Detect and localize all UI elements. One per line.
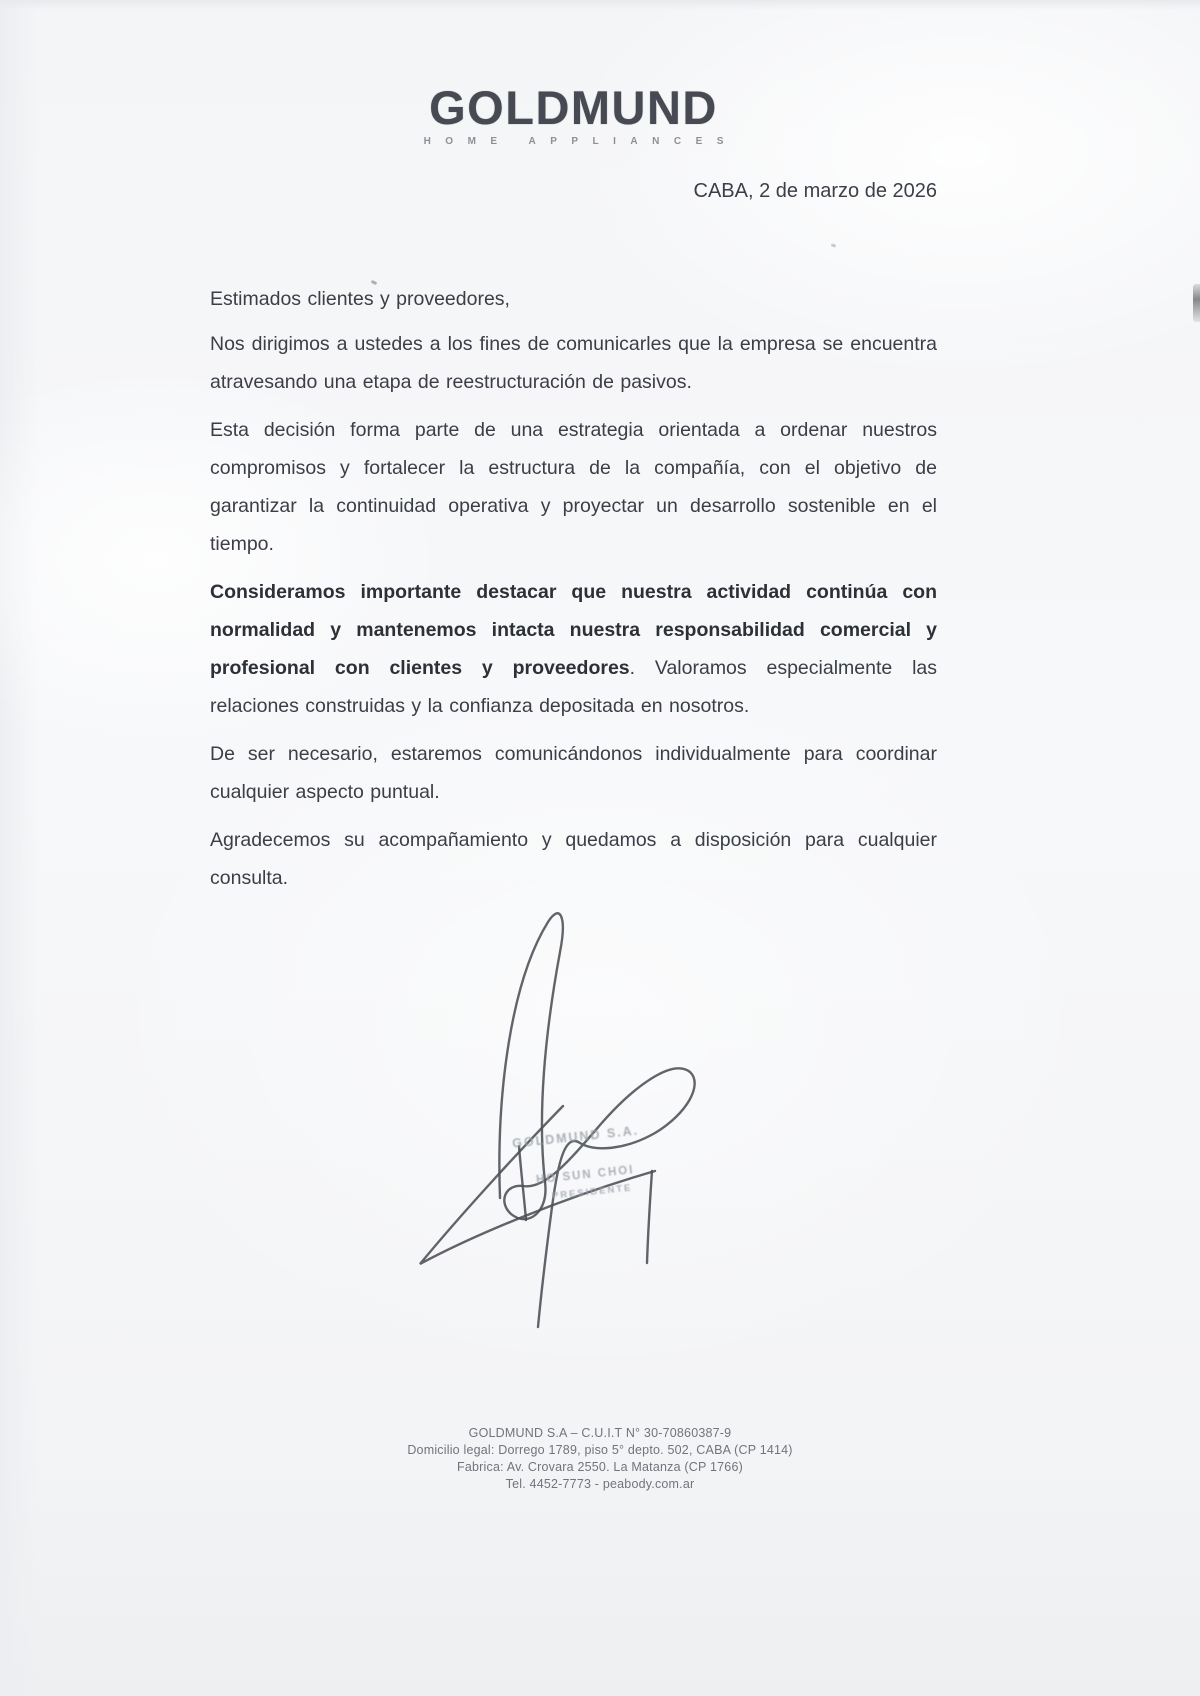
letter-footer: GOLDMUND S.A – C.U.I.T N° 30-70860387-9 … xyxy=(0,1425,1200,1493)
logo-tagline: HOME APPLIANCES xyxy=(210,136,937,147)
scanned-letter-page: GOLDMUND HOME APPLIANCES CABA, 2 de marz… xyxy=(0,0,1200,1696)
footer-phone-web: Tel. 4452-7773 - peabody.com.ar xyxy=(0,1476,1200,1493)
scan-edge-artifact xyxy=(1193,284,1200,322)
footer-legal-address: Domicilio legal: Dorrego 1789, piso 5° d… xyxy=(0,1442,1200,1459)
scan-speck xyxy=(831,243,837,248)
company-logo: GOLDMUND HOME APPLIANCES xyxy=(210,80,937,147)
salutation: Estimados clientes y proveedores, xyxy=(210,280,937,318)
paragraph-contact: De ser necesario, estaremos comunicándon… xyxy=(210,735,937,811)
paragraph-intro: Nos dirigimos a ustedes a los fines de c… xyxy=(210,325,937,401)
paragraph-thanks: Agradecemos su acompañamiento y quedamos… xyxy=(210,821,937,897)
stamp-signer-title: PRESIDENTE xyxy=(551,1182,632,1201)
logo-wordmark: GOLDMUND xyxy=(210,80,937,135)
paragraph-highlight: Consideramos importante destacar que nue… xyxy=(210,573,937,725)
letter-date: CABA, 2 de marzo de 2026 xyxy=(694,180,937,203)
stamp-company-name: GOLDMUND S.A. xyxy=(512,1123,640,1150)
footer-factory-address: Fabrica: Av. Crovara 2550. La Matanza (C… xyxy=(0,1459,1200,1476)
footer-company-cuit: GOLDMUND S.A – C.U.I.T N° 30-70860387-9 xyxy=(0,1425,1200,1442)
letter-body: Estimados clientes y proveedores, Nos di… xyxy=(210,280,937,907)
paragraph-strategy: Esta decisión forma parte de una estrate… xyxy=(210,411,937,563)
company-stamp: GOLDMUND S.A. HO SUN CHOI PRESIDENTE xyxy=(493,1110,701,1220)
